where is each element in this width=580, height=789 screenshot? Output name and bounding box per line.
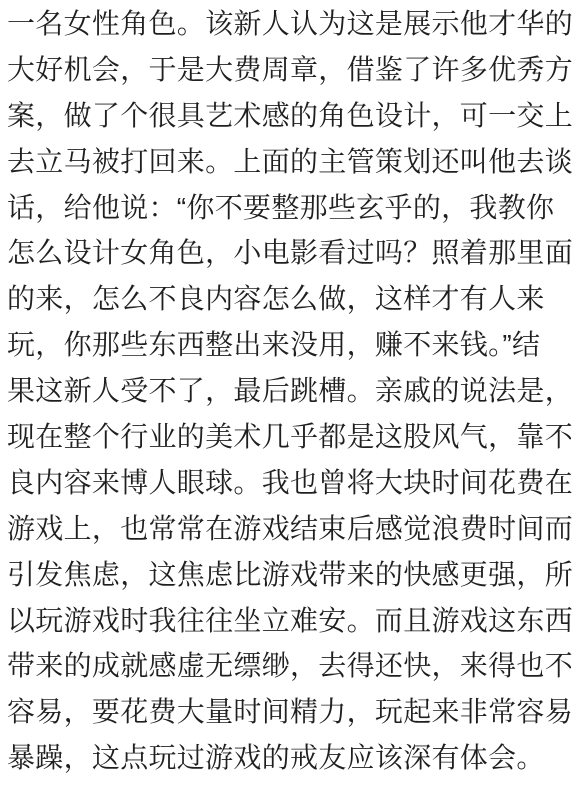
text-line: 暴躁，这点玩过游戏的戒友应该深有体会。 <box>7 735 574 781</box>
paragraph-text: 一名女性角色。该新人认为这是展示他才华的大好机会，于是大费周章，借鉴了许多优秀方… <box>0 0 580 781</box>
text-line: 现在整个行业的美术几乎都是这股风气，靠不 <box>7 414 574 460</box>
text-line: 良内容来博人眼球。我也曾将大块时间花费在 <box>7 460 574 506</box>
text-line: 案，做了个很具艺术感的角色设计，可一交上 <box>7 93 574 139</box>
text-line: 游戏上，也常常在游戏结束后感觉浪费时间而 <box>7 506 574 552</box>
text-line: 玩，你那些东西整出来没用，赚不来钱。”结 <box>7 322 574 368</box>
text-line: 果这新人受不了，最后跳槽。亲戚的说法是， <box>7 368 574 414</box>
text-line: 引发焦虑，这焦虑比游戏带来的快感更强，所 <box>7 552 574 598</box>
text-line: 一名女性角色。该新人认为这是展示他才华的 <box>7 1 574 47</box>
text-line: 怎么设计女角色，小电影看过吗？照着那里面 <box>7 230 574 276</box>
text-line: 的来，怎么不良内容怎么做，这样才有人来 <box>7 276 574 322</box>
text-line: 话，给他说：“你不要整那些玄乎的，我教你 <box>7 185 574 231</box>
text-line: 带来的成就感虚无缥缈，去得还快，来得也不 <box>7 643 574 689</box>
article-page: 一名女性角色。该新人认为这是展示他才华的大好机会，于是大费周章，借鉴了许多优秀方… <box>0 0 580 789</box>
text-line: 以玩游戏时我往往坐立难安。而且游戏这东西 <box>7 598 574 644</box>
text-line: 大好机会，于是大费周章，借鉴了许多优秀方 <box>7 47 574 93</box>
text-line: 去立马被打回来。上面的主管策划还叫他去谈 <box>7 139 574 185</box>
text-line: 容易，要花费大量时间精力，玩起来非常容易 <box>7 689 574 735</box>
